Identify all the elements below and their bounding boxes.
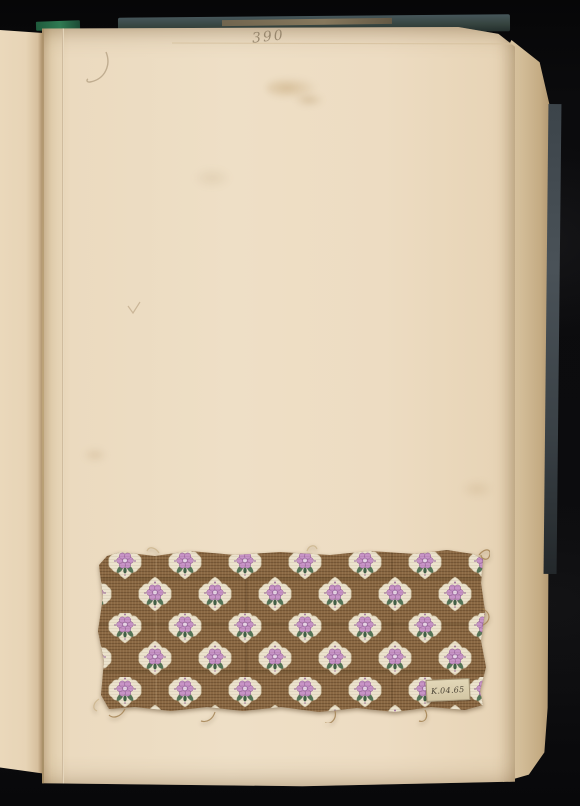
foxing-spot — [460, 479, 494, 499]
handwritten-page-number: 390 — [251, 27, 285, 46]
pencil-check-mark — [126, 299, 144, 317]
photo-frame: 390 — [0, 0, 580, 806]
page-fold-line — [62, 27, 64, 787]
inventory-label: K.04.65 — [426, 678, 471, 702]
under-page-edge-line — [172, 43, 512, 45]
facing-page-gutter — [0, 30, 43, 778]
stain — [294, 93, 324, 107]
foxing-spot — [82, 447, 108, 463]
foxing-spot — [192, 167, 232, 189]
gutter-shadow-line — [42, 27, 44, 787]
thread-wisp — [82, 49, 116, 93]
inventory-label-text: K.04.65 — [431, 684, 465, 695]
